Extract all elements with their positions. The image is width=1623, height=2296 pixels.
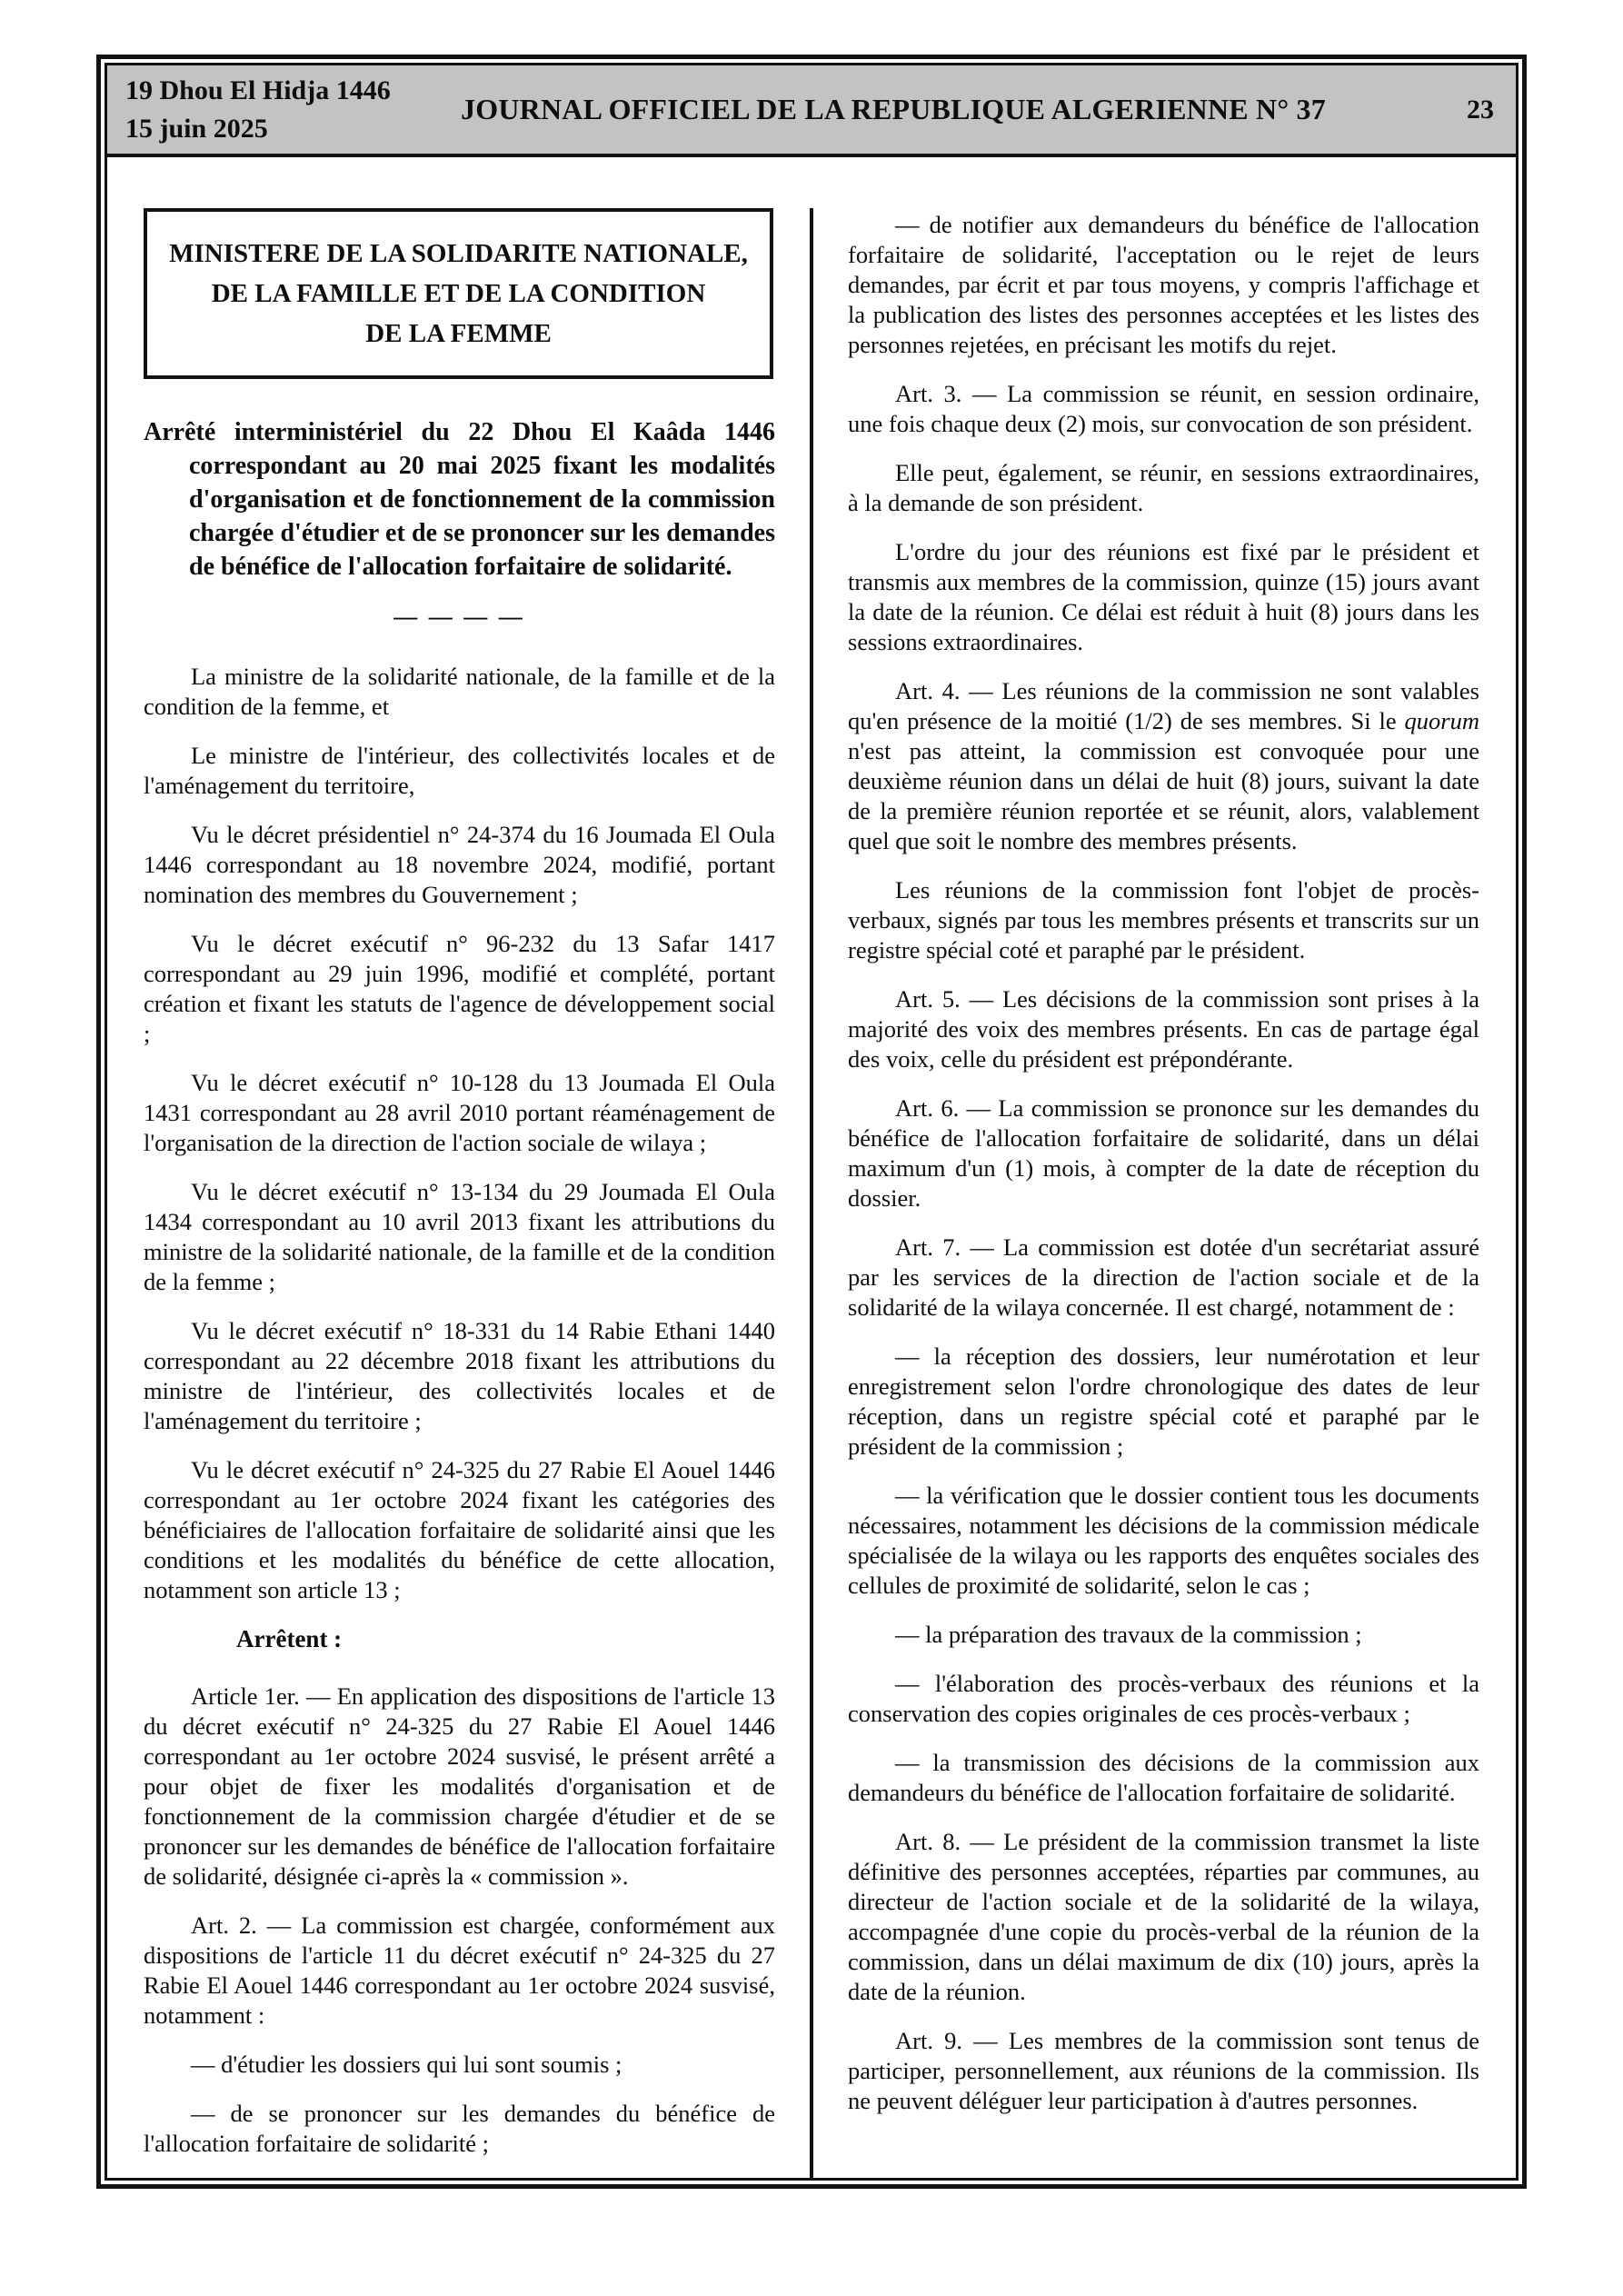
ministry-box-line: MINISTERE DE LA SOLIDARITE NATIONALE,	[153, 234, 764, 274]
article-paragraph: Article 1er. — En application des dispos…	[144, 1682, 775, 1892]
paragraph-text: Art. 4. — Les réunions de la commission …	[848, 677, 1479, 734]
dash-item: — la vérification que le dossier contien…	[848, 1481, 1479, 1601]
page-frame-inner: 19 Dhou El Hidja 1446 15 juin 2025 JOURN…	[105, 63, 1518, 2181]
dash-item: — l'élaboration des procès-verbaux des r…	[848, 1669, 1479, 1729]
article-paragraph: Art. 7. — La commission est dotée d'un s…	[848, 1233, 1479, 1323]
vu-clause: Vu le décret exécutif n° 24-325 du 27 Ra…	[144, 1455, 775, 1605]
article-paragraph: Art. 6. — La commission se prononce sur …	[848, 1093, 1479, 1213]
ministry-box-line: DE LA FEMME	[153, 314, 764, 354]
header-dates: 19 Dhou El Hidja 1446 15 juin 2025	[125, 72, 391, 148]
vu-clause: Vu le décret exécutif n° 18-331 du 14 Ra…	[144, 1316, 775, 1436]
paragraph: La ministre de la solidarité nationale, …	[144, 662, 775, 722]
article-paragraph: Art. 4. — Les réunions de la commission …	[848, 676, 1479, 856]
dash-item: — la transmission des décisions de la co…	[848, 1748, 1479, 1808]
page-content: MINISTERE DE LA SOLIDARITE NATIONALE, DE…	[107, 157, 1516, 2181]
dash-item: — d'établir les listes définitives des p…	[144, 2178, 775, 2181]
dash-item: — de se prononcer sur les demandes du bé…	[144, 2099, 775, 2159]
arrete-title: Arrêté interministériel du 22 Dhou El Ka…	[144, 415, 775, 584]
left-column: MINISTERE DE LA SOLIDARITE NATIONALE, DE…	[107, 157, 810, 2181]
paragraph: Les réunions de la commission font l'obj…	[848, 875, 1479, 965]
ministry-box: MINISTERE DE LA SOLIDARITE NATIONALE, DE…	[144, 208, 773, 379]
journal-title: JOURNAL OFFICIEL DE LA REPUBLIQUE ALGERI…	[380, 93, 1407, 126]
article-paragraph: Art. 5. — Les décisions de la commission…	[848, 984, 1479, 1074]
page-number: 23	[1467, 95, 1494, 125]
vu-clause: Vu le décret présidentiel n° 24-374 du 1…	[144, 820, 775, 910]
paragraph: Elle peut, également, se réunir, en sess…	[848, 458, 1479, 518]
article-paragraph: Art. 8. — Le président de la commission …	[848, 1827, 1479, 2007]
arretent-heading: Arrêtent :	[236, 1624, 775, 1654]
quorum-italic: quorum	[1405, 707, 1479, 734]
paragraph: L'ordre du jour des réunions est fixé pa…	[848, 537, 1479, 657]
paragraph: Le ministre de l'intérieur, des collecti…	[144, 741, 775, 801]
article-paragraph: Art. 2. — La commission est chargée, con…	[144, 1911, 775, 2031]
article-paragraph: Art. 9. — Les membres de la commission s…	[848, 2026, 1479, 2116]
vu-clause: Vu le décret exécutif n° 13-134 du 29 Jo…	[144, 1177, 775, 1297]
dash-item: — de notifier aux demandeurs du bénéfice…	[848, 210, 1479, 360]
page-frame: 19 Dhou El Hidja 1446 15 juin 2025 JOURN…	[96, 55, 1527, 2189]
ministry-box-line: DE LA FAMILLE ET DE LA CONDITION	[153, 274, 764, 314]
gregorian-date: 15 juin 2025	[125, 110, 391, 148]
vu-clause: Vu le décret exécutif n° 10-128 du 13 Jo…	[144, 1068, 775, 1158]
vu-clause: Vu le décret exécutif n° 96-232 du 13 Sa…	[144, 929, 775, 1049]
hijri-date: 19 Dhou El Hidja 1446	[125, 72, 391, 110]
dash-item: — d'étudier les dossiers qui lui sont so…	[144, 2050, 775, 2080]
dash-item: — la préparation des travaux de la commi…	[848, 1620, 1479, 1650]
journal-header: 19 Dhou El Hidja 1446 15 juin 2025 JOURN…	[107, 65, 1516, 157]
article-paragraph: Art. 3. — La commission se réunit, en se…	[848, 379, 1479, 439]
paragraph-text: n'est pas atteint, la commission est con…	[848, 737, 1479, 854]
dash-item: — la réception des dossiers, leur numéro…	[848, 1342, 1479, 1462]
right-column: — de notifier aux demandeurs du bénéfice…	[813, 157, 1516, 2181]
section-separator: — — — —	[144, 604, 775, 631]
